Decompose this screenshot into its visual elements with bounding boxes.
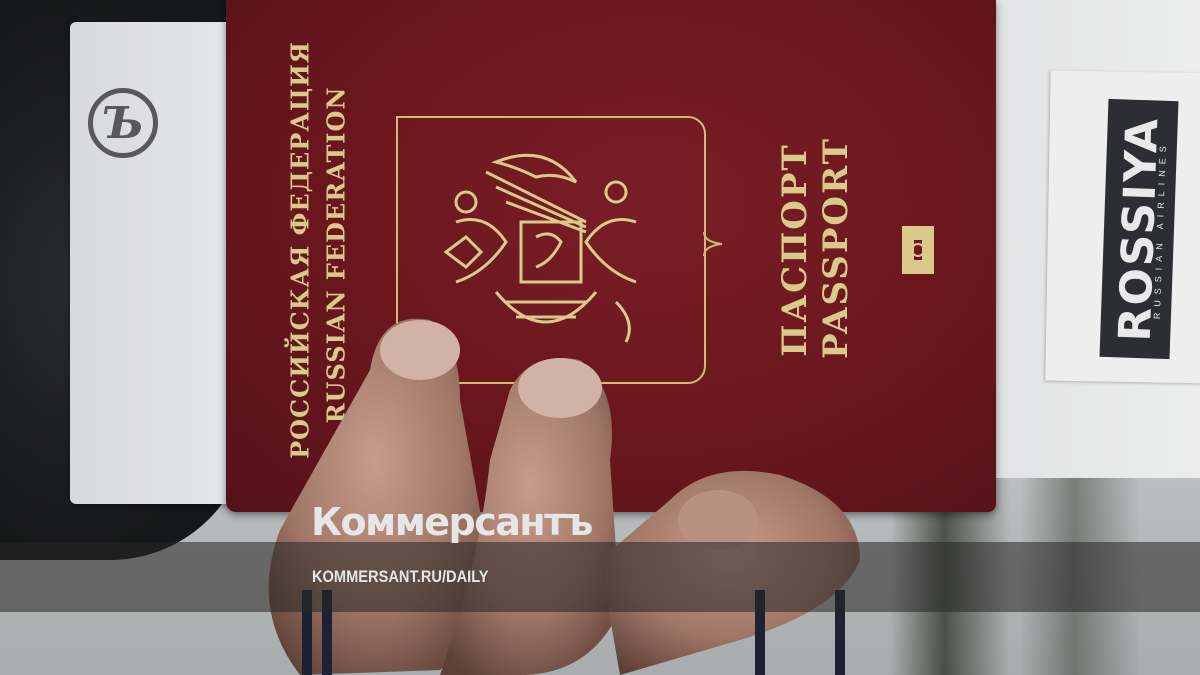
kommersant-emblem-icon: Ъ (88, 88, 158, 158)
kommersant-url: KOMMERSANT.RU/DAILY (312, 567, 489, 587)
biometric-chip-icon (900, 224, 936, 276)
watermark-band (0, 542, 1200, 612)
hand (240, 310, 870, 675)
airline-logo: ROSSIYA RUSSIAN AIRLINES (1100, 99, 1179, 359)
shield-notch (700, 232, 724, 256)
kommersant-logo: Коммерсантъ (311, 503, 592, 541)
boarding-pass-left (70, 22, 250, 504)
